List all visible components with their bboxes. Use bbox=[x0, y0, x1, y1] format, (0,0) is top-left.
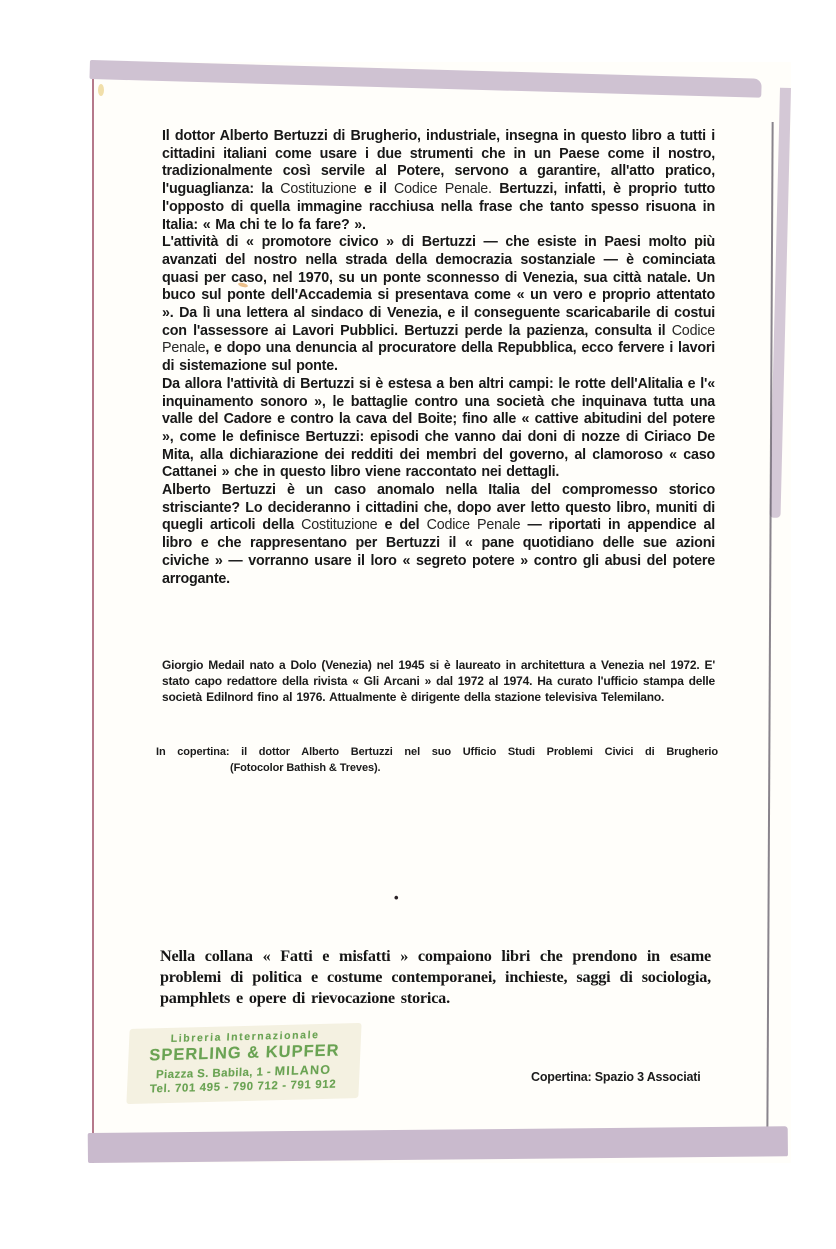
blurb-segment-light: Codice Penale bbox=[427, 517, 521, 533]
blurb-segment-bold: L'attività di « promotore civico » di Be… bbox=[162, 234, 715, 339]
blurb-segment-light: Costituzione bbox=[280, 181, 356, 197]
section-divider-dot: • bbox=[394, 890, 399, 905]
back-cover-content: Il dottor Alberto Bertuzzi di Brugherio,… bbox=[94, 62, 791, 1163]
stamp-address-street: Piazza S. Babila, 1 - bbox=[156, 1066, 275, 1081]
blurb-segment-bold: Da allora l'attività di Bertuzzi si è es… bbox=[162, 376, 715, 481]
cover-caption: In copertina: il dottor Alberto Bertuzzi… bbox=[156, 745, 718, 776]
blurb-paragraph: Da allora l'attività di Bertuzzi si è es… bbox=[162, 376, 715, 482]
blurb-segment-light: Costituzione bbox=[301, 517, 377, 533]
blurb-segment-bold: e il bbox=[357, 181, 394, 197]
blurb: Il dottor Alberto Bertuzzi di Brugherio,… bbox=[162, 128, 715, 588]
cover-caption-line2: (Fotocolor Bathish & Treves). bbox=[156, 761, 718, 777]
blurb-segment-bold: e del bbox=[377, 517, 426, 533]
blurb-segment-bold: , e dopo una denuncia al procuratore del… bbox=[162, 340, 715, 374]
bookstore-stamp: Libreria Internazionale SPERLING & KUPFE… bbox=[126, 1023, 361, 1104]
blurb-paragraph: Alberto Bertuzzi è un caso anomalo nella… bbox=[162, 482, 715, 588]
book-back-cover: Il dottor Alberto Bertuzzi di Brugherio,… bbox=[92, 62, 791, 1163]
author-note: Giorgio Medail nato a Dolo (Venezia) nel… bbox=[162, 657, 715, 706]
cover-caption-line1: In copertina: il dottor Alberto Bertuzzi… bbox=[156, 745, 718, 761]
cover-design-credit: Copertina: Spazio 3 Associati bbox=[531, 1070, 700, 1084]
blurb-paragraph: Il dottor Alberto Bertuzzi di Brugherio,… bbox=[162, 128, 715, 234]
blurb-paragraph: L'attività di « promotore civico » di Be… bbox=[162, 234, 715, 376]
collana-note: Nella collana « Fatti e misfatti » compa… bbox=[160, 946, 711, 1009]
blurb-segment-light: Codice Penale. bbox=[394, 181, 492, 197]
stamp-address-city: MILANO bbox=[274, 1063, 331, 1078]
